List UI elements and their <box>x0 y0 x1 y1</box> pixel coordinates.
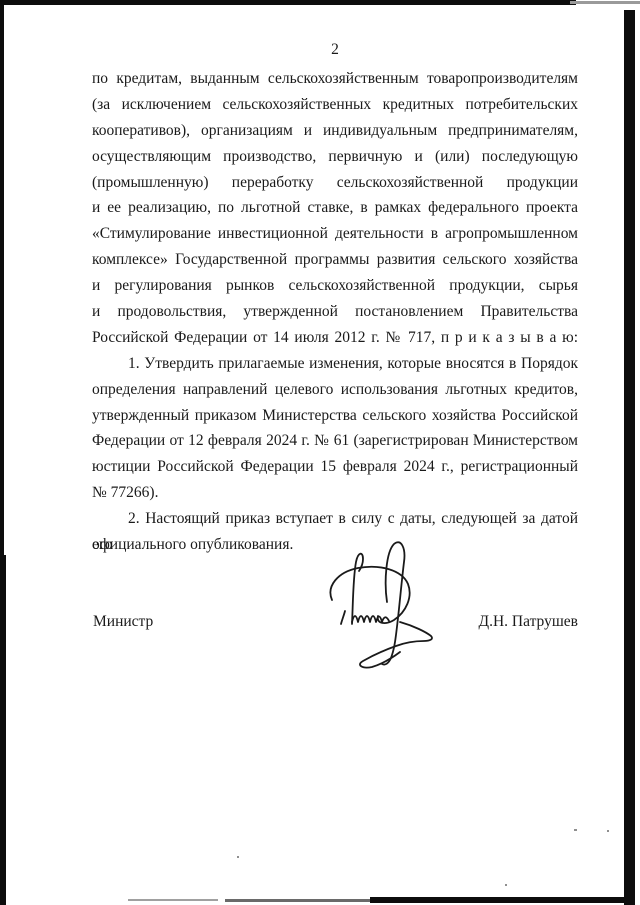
scan-speck <box>237 856 239 858</box>
scan-edge-left-lower <box>0 555 6 905</box>
paragraph: 1. Утвердить прилагаемые изменения, кото… <box>92 351 578 506</box>
text-line: Федерации от 12 февраля 2024 г. № 61 (за… <box>92 428 578 454</box>
minister-signature-scribble <box>320 540 440 675</box>
scan-edge-bottom-mid <box>225 899 370 902</box>
text-line: Российской Федерации от 14 июля 2012 г. … <box>92 325 578 351</box>
text-line: № 77266). <box>92 480 578 506</box>
document-body: по кредитам, выданным сельскохозяйственн… <box>92 66 578 558</box>
text-line: (промышленную) переработку сельскохозяйс… <box>92 170 578 196</box>
text-line: определения направлений целевого использ… <box>92 377 578 403</box>
text-line: (за исключением сельскохозяйственных кре… <box>92 92 578 118</box>
text-line: и регулирования рынков сельскохозяйствен… <box>92 273 578 299</box>
scan-edge-right <box>624 10 635 905</box>
scanned-document-page: 2 по кредитам, выданным сельскохозяйстве… <box>0 0 640 905</box>
text-line: по кредитам, выданным сельскохозяйственн… <box>92 66 578 92</box>
text-line: кооперативов), организациям и индивидуал… <box>92 118 578 144</box>
scan-edge-bottom <box>370 897 624 903</box>
text-line: утвержденный приказом Министерства сельс… <box>92 403 578 429</box>
text-line: «Стимулирование инвестиционной деятельно… <box>92 221 578 247</box>
scan-edge-top <box>0 0 576 5</box>
paragraph: по кредитам, выданным сельскохозяйственн… <box>92 66 578 351</box>
text-line: 1. Утвердить прилагаемые изменения, кото… <box>92 351 578 377</box>
scan-edge-bottom-faint <box>128 899 218 901</box>
text-line: и продовольствия, утвержденной постановл… <box>92 299 578 325</box>
scan-speck <box>505 884 507 886</box>
scan-speck <box>574 829 577 831</box>
text-line: и ее реализацию, по льготной ставке, в р… <box>92 195 578 221</box>
page-number: 2 <box>92 40 578 60</box>
text-line: юстиции Российской Федерации 15 февраля … <box>92 454 578 480</box>
text-line: 2. Настоящий приказ вступает в силу с да… <box>92 506 578 532</box>
text-line: осуществляющим производство, первичную и… <box>92 144 578 170</box>
scan-speck <box>607 830 609 832</box>
scan-edge-top-gray <box>570 1 640 4</box>
text-line: комплексе» Государственной программы раз… <box>92 247 578 273</box>
